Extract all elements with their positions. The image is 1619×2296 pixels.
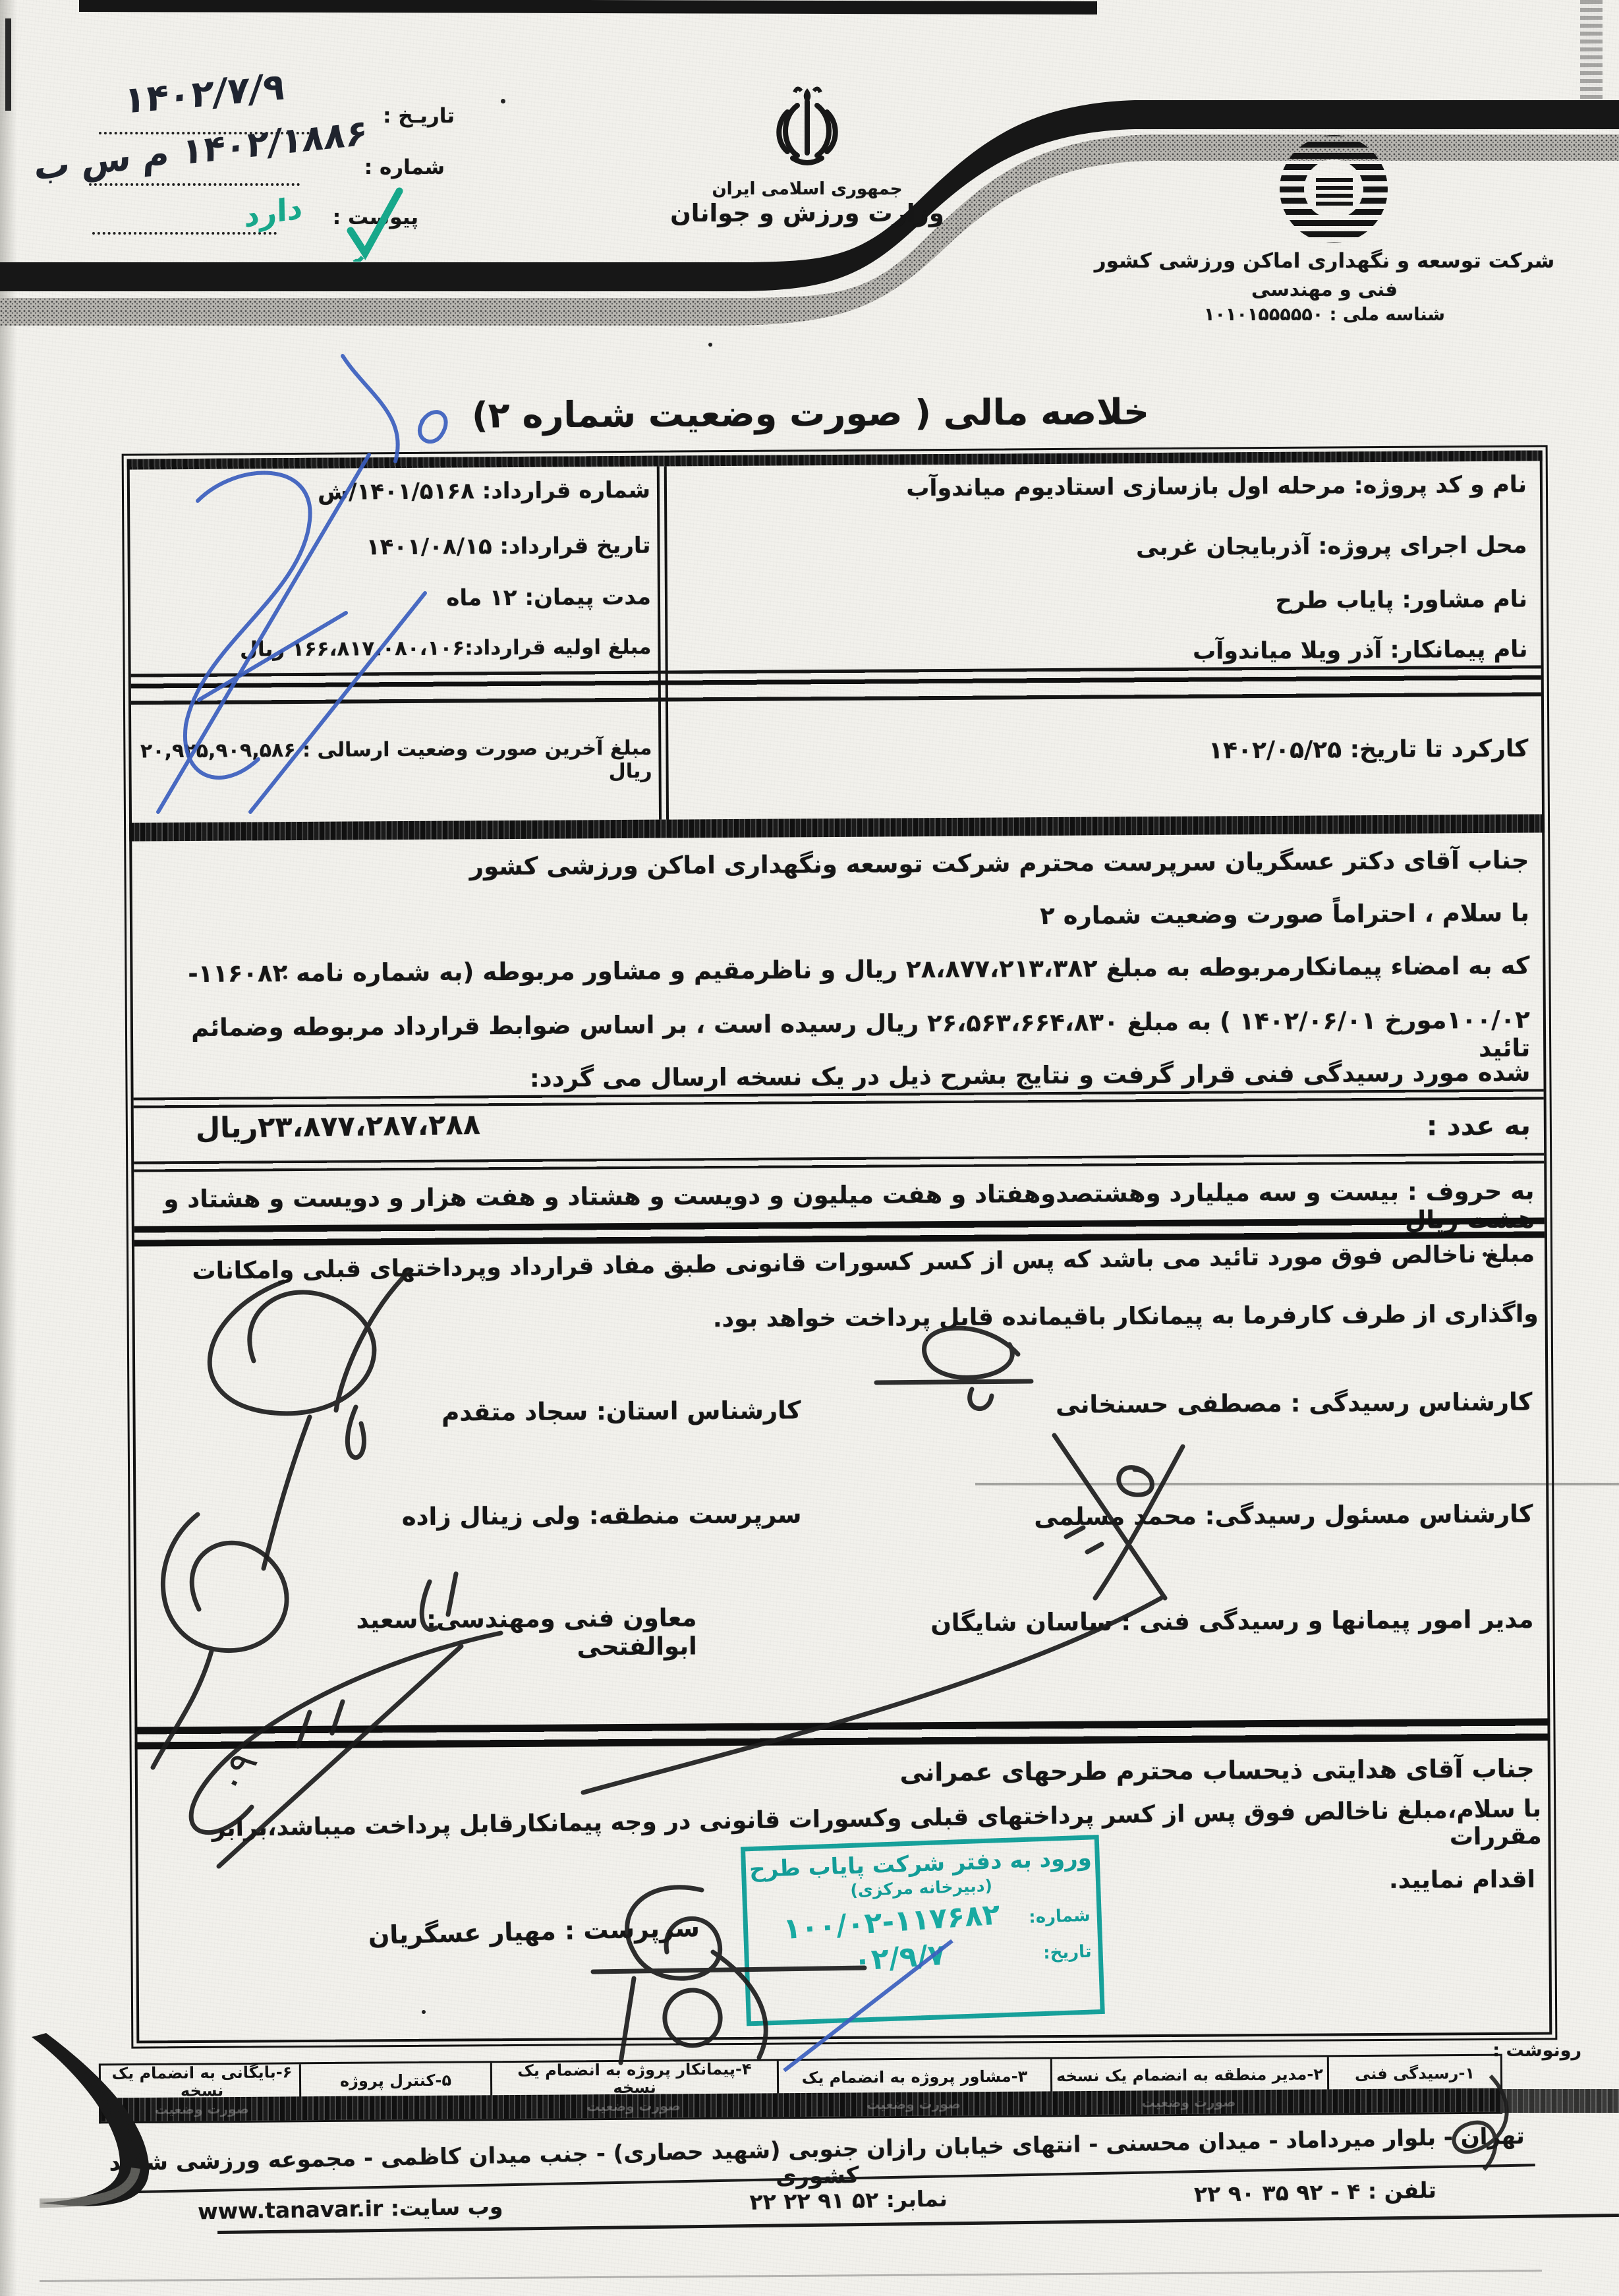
body-line-2: با سلام ، احتراماً صورت وضعیت شماره ۲: [146, 899, 1529, 936]
body-line-3: که به امضاء پیمانکارمربوطه به مبلغ ⁦۲۸،۸…: [146, 952, 1529, 989]
info-contract-date: تاریخ قرارداد: ⁦۱۴۰۱/۰۸/۱۵⁩: [146, 532, 650, 562]
iran-emblem-icon: [756, 84, 859, 180]
signature-reviewer-label: کارشناس رسیدگی : مصطفی حسنخانی: [1005, 1388, 1532, 1420]
copies-row2-3: صورت وضعیت: [777, 2091, 1050, 2117]
copies-row2-2: صورت وضعیت: [1050, 2089, 1327, 2115]
footer-phone: تلفن : ⁦۲۲ ۹۰ ۳۵ ۹۲ - ۴⁩: [1194, 2177, 1437, 2207]
company-dept: فنی و مهندسی: [1067, 278, 1581, 301]
net-note-line-2: واگذاری از طرف کارفرما به پیمانکار باقیم…: [550, 1301, 1539, 1334]
footer-fax: نمابر: ⁦۲۲ ۲۲ ۹۱ ۵۲⁩: [749, 2186, 948, 2215]
scanned-document-page: تاریـخ : ⁦۱۴۰۲/۷/۹⁩ شماره : ⁦۱۴۰۲/۱۸۸۶⁩ …: [0, 0, 1619, 2296]
body-line-1: جناب آقای دکتر عسگریان سرپرست محترم شرکت…: [145, 846, 1529, 883]
info-initial-amount: مبلغ اولیه قرارداد:⁦۱۶۶،۸۱۷،۰۸۰،۱۰۶⁩ ریا…: [137, 635, 651, 662]
signature-province-label: کارشناس استان: سجاد متقدم: [353, 1396, 801, 1427]
signature-region-label: سرپرست منطقه: ولی زینال زاده: [353, 1500, 801, 1531]
info-contract-duration: مدت پیمان: ۱۲ ماه: [147, 584, 651, 614]
page-title: خلاصه مالی ( صورت وضعیت شماره ۲): [428, 391, 1193, 436]
hedayati-separator: [134, 1718, 1550, 1749]
copies-row2-4: صورت وضعیت: [490, 2093, 777, 2119]
info-consultant: نام مشاور: پایاب طرح: [671, 587, 1527, 618]
info-contract-number: شماره قرارداد: ⁦۱۴۰۱/۵۱۶۸⁩/ش: [146, 477, 650, 507]
copies-col-2: ۲-مدیر منطقه به انضمام یک نسخه: [1050, 2057, 1327, 2093]
section-band-1: [129, 814, 1545, 841]
copies-col-1: ۱-رسیدگی فنی: [1327, 2056, 1500, 2092]
checkmark-icon: [343, 186, 405, 262]
copies-row2-5: [299, 2095, 490, 2120]
entry-stamp: ورود به دفتر شرکت پایاب طرح (دبیرخانه مر…: [741, 1835, 1105, 2026]
footer-faint-line: [40, 2270, 1542, 2282]
company-logo-icon: [1275, 130, 1392, 248]
copies-col-5: ۵-کنترل پروژه: [299, 2063, 490, 2098]
info-column-divider: [657, 467, 669, 820]
hedayati-heading: جناب آقای هدایتی ذیحساب محترم طرحهای عمر…: [876, 1754, 1535, 1787]
republic-line: جمهوری اسلامی ایران: [685, 179, 929, 199]
main-form-box: نام و کد پروژه: مرحله اول بازسازی استادی…: [127, 450, 1552, 2043]
company-national-id: شناسه ملی : ۱۰۱۰۱۵۵۵۵۵۰: [1094, 304, 1555, 325]
scan-left-edge: [0, 0, 17, 2296]
work-to-date: کارکرد تا تاریخ: ⁦۱۴۰۲/۰۵/۲۵⁩: [671, 735, 1528, 768]
last-statement-amount: مبلغ آخرین صورت وضعیت ارسالی : ⁦۲۰,۹۲۵,۹…: [136, 737, 652, 786]
info-project-location: محل اجرای پروژه: آذربایجان غربی: [670, 532, 1527, 564]
scan-top-strip: [79, 0, 1097, 14]
info-contractor: نام پیمانکار: آذر ویلا میاندوآب: [671, 637, 1527, 668]
amount-numeric-value: ⁦۲۳،۸۷۷،۲۸۷،۲۸۸⁩ریال: [154, 1108, 523, 1145]
hedayati-supervisor: سرپرست : مهیار عسگریان: [362, 1913, 706, 1950]
footer-swoosh-graphic: [20, 2033, 303, 2224]
info-project-name: نام و کد پروژه: مرحله اول بازسازی استادی…: [670, 472, 1527, 503]
box-top-band: [127, 450, 1543, 469]
signature-deputy-label: معاون فنی ومهندسی: سعید ابوالفتحی: [248, 1603, 697, 1663]
ministry-line: وزارت ورزش و جوانان: [659, 199, 955, 227]
signature-responsible-label: کارشناس مسئول رسیدگی: محمد مسلمی: [1006, 1500, 1533, 1532]
letterhead-number-label: شماره :: [300, 156, 445, 179]
signature-contracts-label: مدیر امور پیمانها و رسیدگی فنی : ساسان ش…: [907, 1605, 1533, 1638]
amount-mid-line: [134, 1153, 1544, 1172]
copies-col-3: ۳-مشاور پروژه به انضمام یک: [777, 2059, 1050, 2095]
stamp-number-label: شماره:: [1029, 1905, 1091, 1927]
hedayati-line-2: اقدام نمایید.: [1351, 1866, 1535, 1895]
number-dotted-line: [89, 183, 300, 186]
scan-dark-streak: [1496, 2089, 1619, 2113]
stamp-date-label: تاریخ:: [1043, 1941, 1092, 1963]
copies-col-4: ۴-پیمانکار پروژه به انضمام یک نسخه: [490, 2061, 777, 2097]
copies-row2-1: [1327, 2088, 1500, 2113]
amount-numeric-label: به عدد :: [1346, 1110, 1531, 1143]
company-name: شرکت توسعه و نگهداری اماکن ورزشی کشور: [1067, 249, 1581, 273]
info-separator: [131, 665, 1541, 704]
net-note-line-1: مبلغ ناخالص فوق مورد تائید می باشد که پس…: [144, 1240, 1535, 1286]
